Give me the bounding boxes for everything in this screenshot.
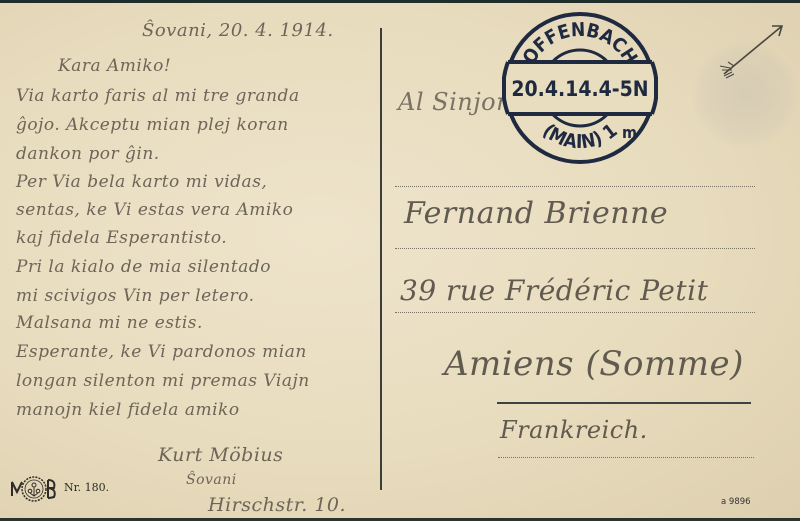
message-line-9: Malsana mi ne estis. bbox=[16, 313, 203, 333]
card-number: Nr. 180. bbox=[64, 481, 109, 494]
postmark-date: 20.4.14.4-5N bbox=[511, 77, 648, 101]
recipient-street: 39 rue Frédéric Petit bbox=[400, 274, 708, 307]
svg-text:m: m bbox=[622, 123, 637, 142]
signature-place: Ŝovani bbox=[186, 472, 237, 488]
message-line-3: dankon por ĝin. bbox=[16, 144, 160, 164]
city-underline bbox=[497, 402, 751, 404]
place-date: Ŝovani, 20. 4. 1914. bbox=[142, 20, 334, 41]
recipient-country: Frankreich. bbox=[500, 416, 648, 444]
address-line-1 bbox=[395, 186, 755, 187]
message-line-4: Per Via bela karto mi vidas, bbox=[16, 172, 267, 192]
message-line-12: manojn kiel fidela amiko bbox=[16, 400, 240, 420]
message-line-7: Pri la kialo de mia silentado bbox=[16, 257, 271, 277]
address-line-2 bbox=[395, 248, 755, 249]
postmark-stamp: OFFENBACH (MAIN) 1 20.4.14.4-5N m bbox=[502, 10, 658, 166]
salutation: Kara Amiko! bbox=[58, 56, 171, 76]
message-line-6: kaj fidela Esperantisto. bbox=[16, 228, 227, 248]
publisher-logo-icon bbox=[10, 474, 58, 504]
message-line-5: sentas, ke Vi estas vera Amiko bbox=[16, 200, 293, 220]
postcard-back: Ŝovani, 20. 4. 1914. Kara Amiko! Via kar… bbox=[0, 0, 800, 521]
message-line-2: ĝojo. Akceptu mian plej koran bbox=[16, 115, 289, 135]
message-line-10: Esperante, ke Vi pardonos mian bbox=[16, 342, 307, 362]
print-code: a 9896 bbox=[721, 497, 751, 507]
recipient-name: Fernand Brienne bbox=[404, 196, 668, 231]
message-line-8: mi scivigos Vin per letero. bbox=[16, 286, 255, 306]
address-line-3 bbox=[395, 312, 755, 313]
divider-line bbox=[380, 28, 382, 490]
address-line-4 bbox=[498, 457, 754, 458]
signature: Kurt Möbius bbox=[158, 444, 283, 466]
arrow-icon bbox=[716, 20, 786, 80]
message-line-11: longan silenton mi premas Viajn bbox=[16, 371, 310, 391]
recipient-city: Amiens (Somme) bbox=[444, 344, 744, 384]
signature-street: Hirschstr. 10. bbox=[208, 494, 346, 516]
message-line-1: Via karto faris al mi tre granda bbox=[16, 86, 300, 106]
